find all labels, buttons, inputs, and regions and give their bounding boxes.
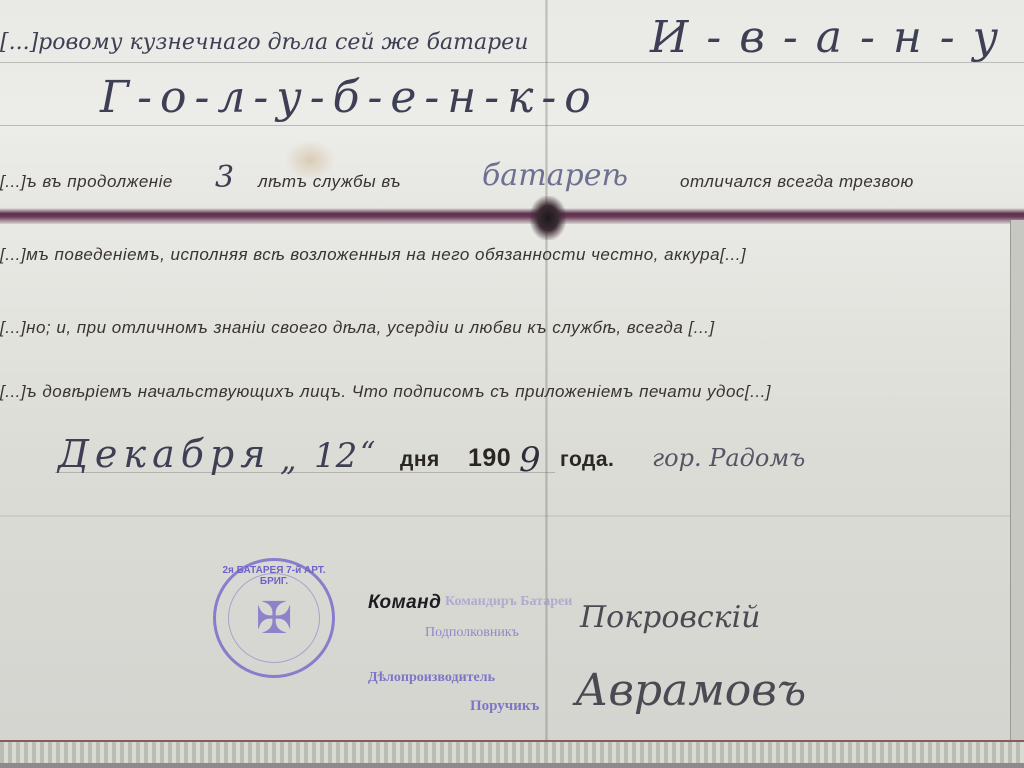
commander-rank: Подполковникъ [425, 625, 519, 641]
document-paper: [...]ровому кузнечнаго дѣла сей же батар… [0, 0, 1024, 768]
commander-stamp: Командиръ Батареи [445, 594, 572, 610]
unit-handwritten: батареѣ [482, 158, 628, 193]
line3-start: [...]ъ въ продолженіе [0, 172, 173, 192]
double-headed-eagle-icon: ✠ [244, 589, 304, 649]
border-bottom-strip [0, 763, 1024, 768]
date-close-quote: “ [360, 436, 375, 471]
line3-end: отличался всегда трезвою [680, 172, 914, 192]
date-year-word: года. [560, 448, 614, 472]
horizontal-fold [0, 515, 1024, 517]
date-year-digit: 9 [519, 440, 541, 480]
commander-signature: Покровскій [580, 600, 761, 635]
line4: [...]мъ поведеніемъ, исполняя всѣ возлож… [0, 245, 746, 265]
official-seal: 2я БАТАРЕЯ 7-й АРТ. БРИГ. ✠ [213, 558, 335, 678]
decorative-border [0, 740, 1024, 765]
date-open-quote: „ [280, 440, 297, 478]
clerk-signature: Аврамовъ [575, 665, 806, 716]
paper-tear [0, 208, 1024, 224]
ruled-line [0, 125, 1024, 126]
years-of-service: 3 [215, 160, 234, 195]
date-place: гор. Радомъ [652, 444, 805, 472]
paper-right-edge [1010, 220, 1024, 768]
line5: [...]но; и, при отличномъ знаніи своего … [0, 318, 715, 338]
surname: Г-о-л-у-б-е-н-к-о [100, 72, 599, 123]
date-day: 12 [314, 436, 357, 476]
date-month: Декабря [58, 432, 271, 476]
line6: [...]ъ довѣріемъ начальствующихъ лицъ. Ч… [0, 382, 771, 402]
seal-text: 2я БАТАРЕЯ 7-й АРТ. БРИГ. [216, 565, 332, 587]
date-day-word: дня [400, 448, 440, 472]
date-year-printed: 190 [468, 444, 511, 473]
paper-hole [530, 196, 566, 240]
line1-handwritten: [...]ровому кузнечнаго дѣла сей же батар… [0, 30, 528, 55]
commander-label: Команд [368, 592, 441, 614]
clerk-rank: Поручикъ [470, 698, 539, 715]
clerk-stamp: Дѣлопроизводитель [368, 670, 495, 686]
line3-mid: лѣтъ службы въ [258, 172, 401, 192]
first-name: И-в-а-н-у [650, 12, 1016, 63]
